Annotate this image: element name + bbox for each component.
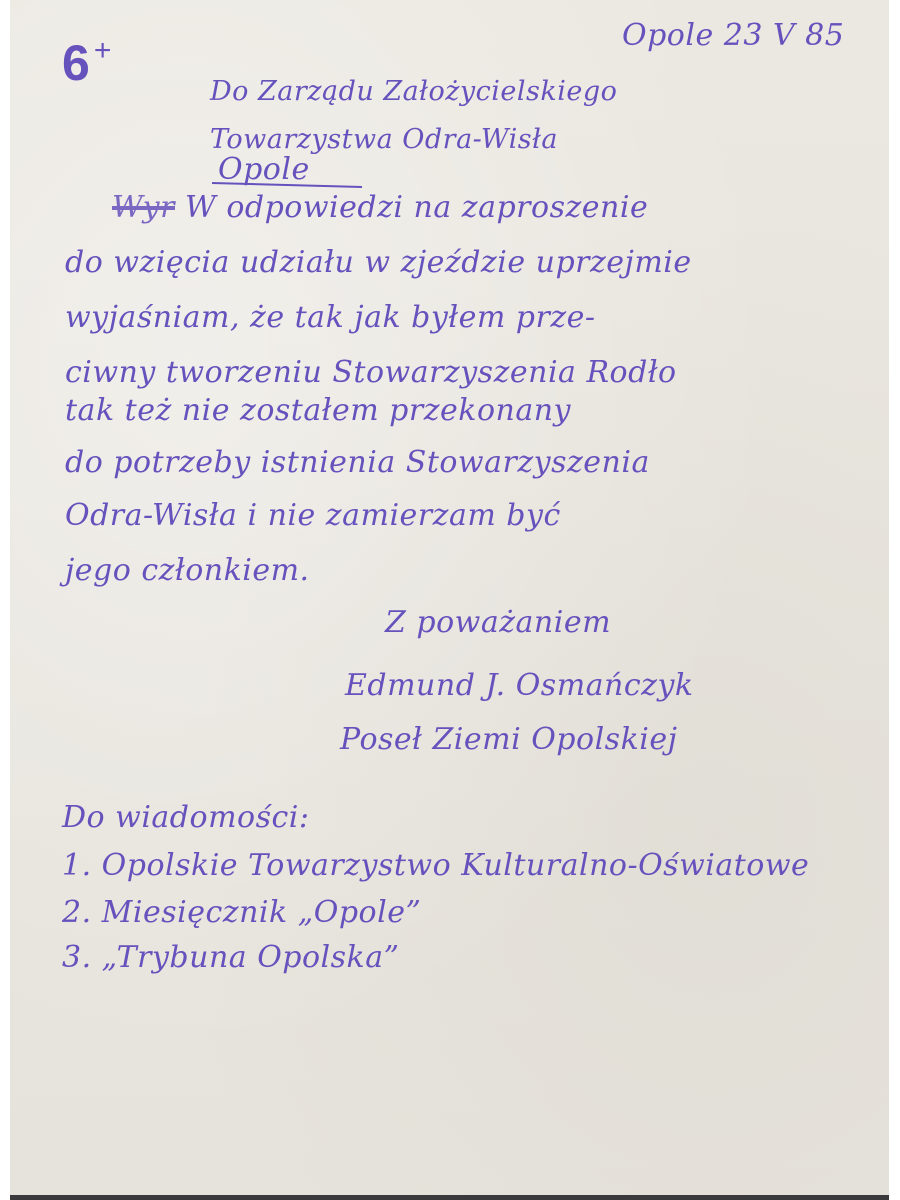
body-line-8: jego członkiem. (65, 553, 310, 588)
signature-title: Poseł Ziemi Opolskiej (340, 722, 677, 757)
addressee-line-1: Do Zarządu Założycielskiego (210, 76, 617, 107)
signature-name: Edmund J. Osmańczyk (345, 668, 694, 703)
cc-heading: Do wiadomości: (62, 800, 309, 835)
body-line-5: tak też nie zostałem przekonany (65, 393, 571, 428)
body-line-4: ciwny tworzeniu Stowarzyszenia Rodło (65, 355, 677, 390)
body-text: W odpowiedzi na zaproszenie (185, 190, 648, 225)
body-line-2: do wzięcia udziału w zjeździe uprzejmie (65, 245, 692, 280)
addressee-line-2: Towarzystwa Odra-Wisła (210, 124, 558, 155)
cc-item-3: 3. „Trybuna Opolska” (62, 940, 399, 975)
paper-sheet (10, 0, 889, 1195)
body-line-7: Odra-Wisła i nie zamierzam być (65, 498, 561, 533)
date-line: Opole 23 V 85 (622, 18, 844, 53)
scan-bottom-edge (10, 1195, 889, 1200)
cc-item-2: 2. Miesięcznik „Opole” (62, 895, 421, 930)
scan-page: 6+ Opole 23 V 85 Do Zarządu Założycielsk… (0, 0, 900, 1200)
archive-mark: 6+ (62, 34, 109, 92)
body-line-6: do potrzeby istnienia Stowarzyszenia (65, 445, 650, 480)
archive-number: 6 (62, 35, 88, 91)
body-line-3: wyjaśniam, że tak jak byłem prze- (65, 300, 596, 335)
cc-item-1: 1. Opolskie Towarzystwo Kulturalno-Oświa… (62, 848, 809, 883)
closing-salutation: Z poważaniem (385, 605, 611, 640)
archive-symbol: + (94, 34, 110, 67)
struck-out-word: Wyr (112, 190, 175, 225)
body-line-1: WyrW odpowiedzi na zaproszenie (112, 190, 648, 225)
